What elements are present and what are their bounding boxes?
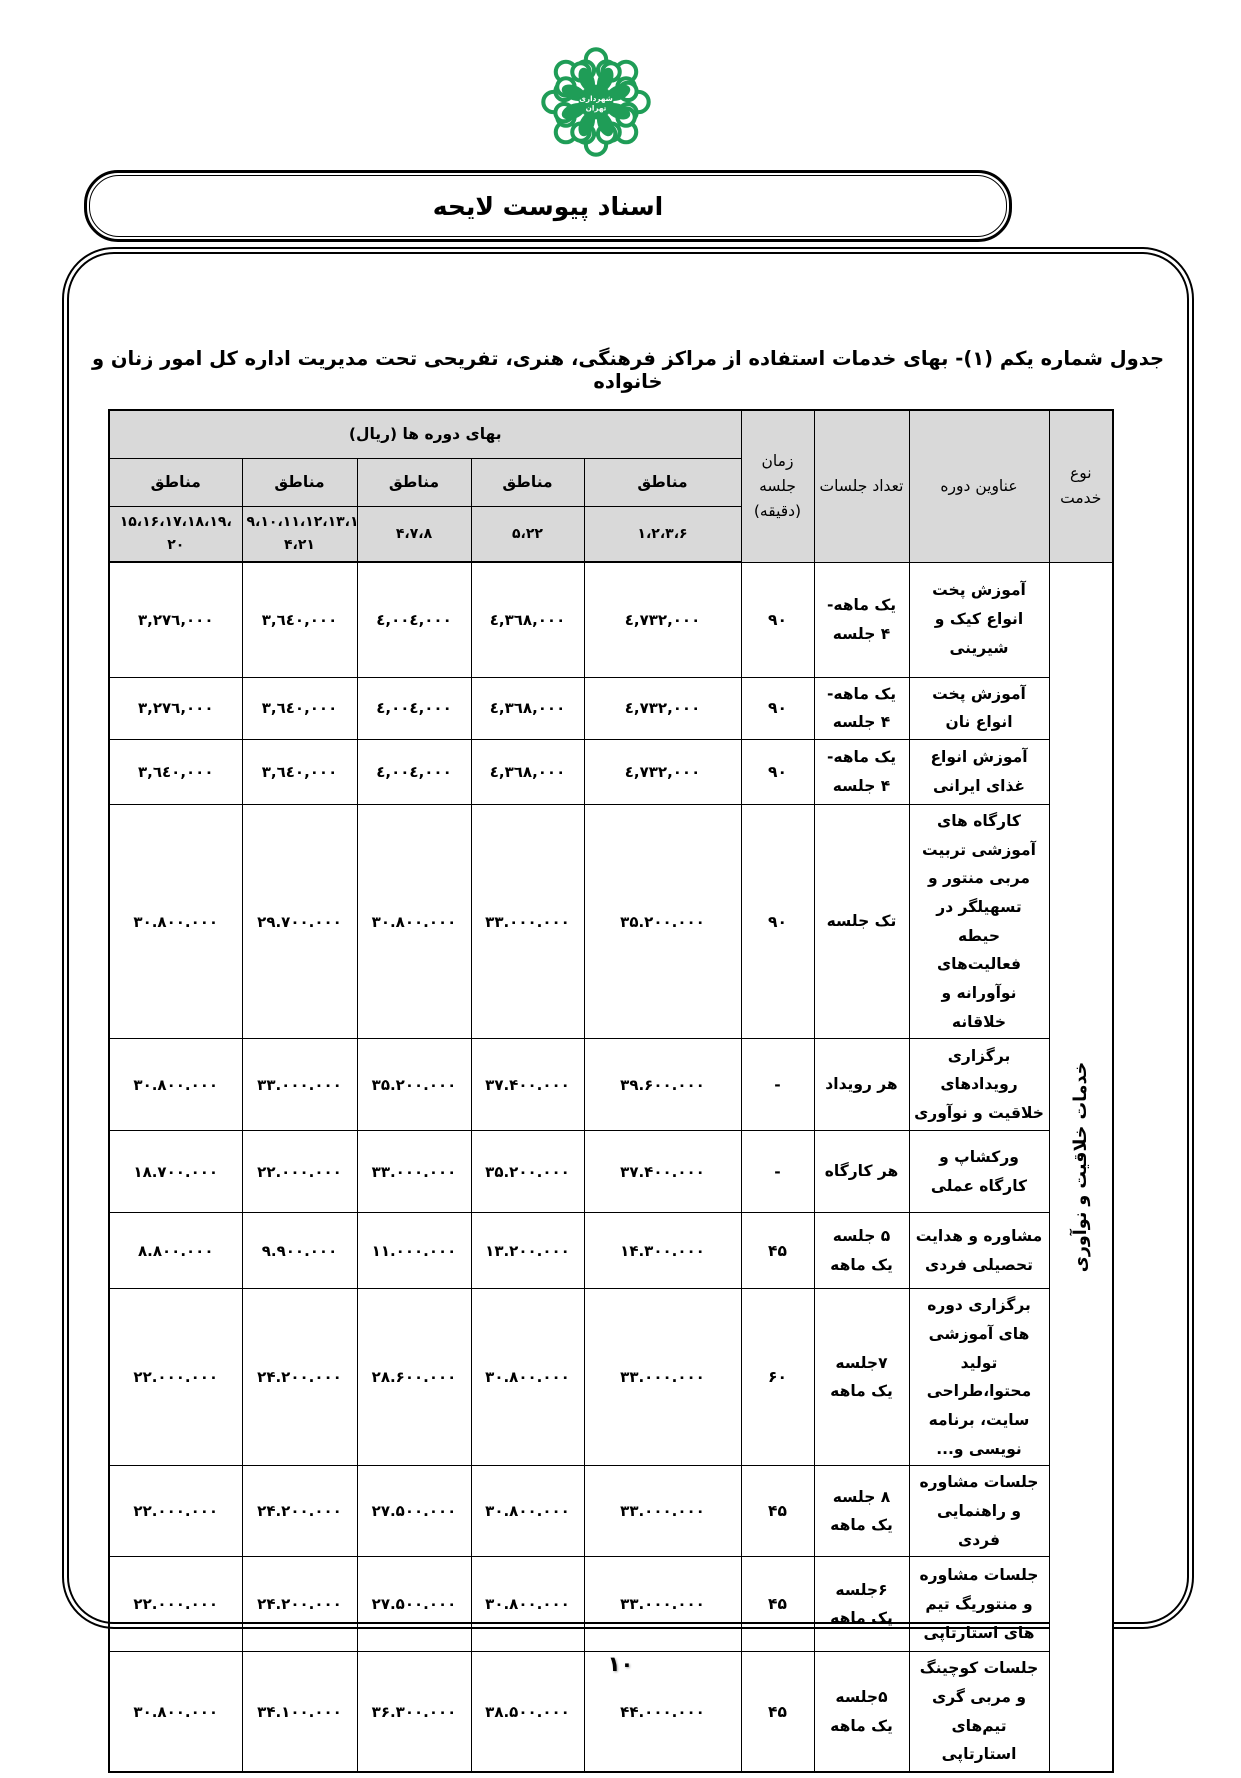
- price-cell: ٤,٣٦٨,٠٠٠: [471, 739, 584, 804]
- duration-cell: ۴۵: [741, 1557, 814, 1652]
- price-cell: ۳۹.۶۰۰.۰۰۰: [584, 1039, 741, 1131]
- price-cell: ٤,٣٦٨,٠٠٠: [471, 562, 584, 677]
- price-group-header: بهای دوره ها (ریال): [109, 410, 741, 458]
- tehran-municipality-logo-icon: شهرداری تهران: [538, 44, 654, 160]
- regions-label: مناطق: [471, 458, 584, 506]
- table-frame: جدول شماره یکم (۱)- بهای خدمات استفاده ا…: [62, 247, 1194, 1629]
- duration-cell: ۹۰: [741, 804, 814, 1038]
- price-cell: ۳۳.۰۰۰.۰۰۰: [584, 1289, 741, 1466]
- sessions-cell: یک ماهه-۴ جلسه: [814, 562, 909, 677]
- regions-label: مناطق: [584, 458, 741, 506]
- price-cell: ۲۴.۲۰۰.۰۰۰: [242, 1289, 357, 1466]
- price-cell: ٤,٠٠٤,٠٠٠: [357, 739, 471, 804]
- price-cell: ۲۲.۰۰۰.۰۰۰: [109, 1557, 242, 1652]
- price-cell: ۹.۹۰۰.۰۰۰: [242, 1213, 357, 1289]
- table-row: ورکشاپ و کارگاه عملی هر کارگاه - ۳۷.۴۰۰.…: [109, 1131, 1113, 1213]
- price-cell: ۳۳.۰۰۰.۰۰۰: [584, 1557, 741, 1652]
- price-cell: ۳۵.۲۰۰.۰۰۰: [584, 804, 741, 1038]
- course-title-cell: آموزش انواع غذای ایرانی: [909, 739, 1049, 804]
- price-cell: ۳۳.۰۰۰.۰۰۰: [357, 1131, 471, 1213]
- sessions-cell: ۶جلسهیک ماهه: [814, 1557, 909, 1652]
- price-cell: ٣,٦٤٠,٠٠٠: [242, 562, 357, 677]
- duration-cell: ۴۵: [741, 1466, 814, 1557]
- course-title-cell: آموزش پخت انواع کیک و شیرینی: [909, 562, 1049, 677]
- price-cell: ۸.۸۰۰.۰۰۰: [109, 1213, 242, 1289]
- sessions-cell: ۵ جلسهیک ماهه: [814, 1213, 909, 1289]
- regions-group-15-20: ۱۵،۱۶،۱۷،۱۸،۱۹،۲۰: [109, 506, 242, 562]
- table-row: جلسات مشاوره و منتوریگ تیم های استارتاپی…: [109, 1557, 1113, 1652]
- price-cell: ۳۰.۸۰۰.۰۰۰: [109, 1039, 242, 1131]
- price-cell: ٣,٦٤٠,٠٠٠: [242, 677, 357, 739]
- regions-label: مناطق: [357, 458, 471, 506]
- table-row: کارگاه های آموزشی تربیت مربی منتور و تسه…: [109, 804, 1113, 1038]
- price-cell: ۳۷.۴۰۰.۰۰۰: [471, 1039, 584, 1131]
- course-title-cell: برگزاری رویدادهای خلاقیت و نوآوری: [909, 1039, 1049, 1131]
- regions-group-1-2-3-6: ۱،۲،۳،۶: [584, 506, 741, 562]
- price-cell: ۳۷.۴۰۰.۰۰۰: [584, 1131, 741, 1213]
- price-cell: ۲۷.۵۰۰.۰۰۰: [357, 1557, 471, 1652]
- price-cell: ۲۴.۲۰۰.۰۰۰: [242, 1466, 357, 1557]
- price-cell: ۲۴.۲۰۰.۰۰۰: [242, 1557, 357, 1652]
- duration-cell: ۶۰: [741, 1289, 814, 1466]
- course-title-cell: آموزش پخت انواع نان: [909, 677, 1049, 739]
- header-row-top: نوع خدمت عناوین دوره تعداد جلسات زمان جل…: [109, 410, 1113, 458]
- page-number: ۱۰: [0, 1652, 1241, 1676]
- col-header-session-count: تعداد جلسات: [814, 410, 909, 562]
- table-row: آموزش انواع غذای ایرانی یک ماهه-۴ جلسه ۹…: [109, 739, 1113, 804]
- course-title-cell: مشاوره و هدایت تحصیلی فردی: [909, 1213, 1049, 1289]
- price-cell: ٤,٧٣٢,٠٠٠: [584, 562, 741, 677]
- price-cell: ۲۲.۰۰۰.۰۰۰: [109, 1466, 242, 1557]
- price-cell: ٤,٧٣٢,٠٠٠: [584, 739, 741, 804]
- price-cell: ۱۴.۳۰۰.۰۰۰: [584, 1213, 741, 1289]
- price-cell: ۲۷.۵۰۰.۰۰۰: [357, 1466, 471, 1557]
- table-row: آموزش پخت انواع نان یک ماهه-۴ جلسه ۹۰ ٤,…: [109, 677, 1113, 739]
- course-title-cell: جلسات مشاوره و منتوریگ تیم های استارتاپی: [909, 1557, 1049, 1652]
- table-row: مشاوره و هدایت تحصیلی فردی ۵ جلسهیک ماهه…: [109, 1213, 1113, 1289]
- table-row: خدمات خلاقیت و نوآوری آموزش پخت انواع کی…: [109, 562, 1113, 677]
- sessions-cell: یک ماهه-۴ جلسه: [814, 677, 909, 739]
- document-header-banner: اسناد پیوست لایحه: [84, 170, 1012, 242]
- service-category-cell: خدمات خلاقیت و نوآوری: [1049, 562, 1113, 1772]
- sessions-cell: تک جلسه: [814, 804, 909, 1038]
- price-cell: ۳۳.۰۰۰.۰۰۰: [471, 804, 584, 1038]
- price-cell: ٤,٠٠٤,٠٠٠: [357, 562, 471, 677]
- regions-group-9-14-21: ۹،۱۰،۱۱،۱۲،۱۳،۱۴،۲۱: [242, 506, 357, 562]
- sessions-cell: ۷جلسهیک ماهه: [814, 1289, 909, 1466]
- price-cell: ۳۰.۸۰۰.۰۰۰: [471, 1289, 584, 1466]
- price-cell: ٣,٦٤٠,٠٠٠: [109, 739, 242, 804]
- regions-group-4-7-8: ۴،۷،۸: [357, 506, 471, 562]
- price-cell: ۳۰.۸۰۰.۰۰۰: [357, 804, 471, 1038]
- price-cell: ۳۰.۸۰۰.۰۰۰: [109, 804, 242, 1038]
- sessions-cell: ۸ جلسهیک ماهه: [814, 1466, 909, 1557]
- regions-group-5-22: ۵،۲۲: [471, 506, 584, 562]
- table-title: جدول شماره یکم (۱)- بهای خدمات استفاده ا…: [64, 347, 1192, 393]
- course-title-cell: جلسات مشاوره و راهنمایی فردی: [909, 1466, 1049, 1557]
- price-cell: ۱۳.۲۰۰.۰۰۰: [471, 1213, 584, 1289]
- price-cell: ۱۱.۰۰۰.۰۰۰: [357, 1213, 471, 1289]
- col-header-service-type: نوع خدمت: [1049, 410, 1113, 562]
- price-cell: ۳۵.۲۰۰.۰۰۰: [357, 1039, 471, 1131]
- banner-title: اسناد پیوست لایحه: [433, 192, 663, 221]
- price-cell: ۳۳.۰۰۰.۰۰۰: [242, 1039, 357, 1131]
- service-category-label: خدمات خلاقیت و نوآوری: [1071, 1062, 1091, 1272]
- duration-cell: ۹۰: [741, 739, 814, 804]
- price-cell: ۲۲.۰۰۰.۰۰۰: [242, 1131, 357, 1213]
- price-cell: ۲۸.۶۰۰.۰۰۰: [357, 1289, 471, 1466]
- price-cell: ۳۳.۰۰۰.۰۰۰: [584, 1466, 741, 1557]
- price-cell: ۲۹.۷۰۰.۰۰۰: [242, 804, 357, 1038]
- duration-cell: -: [741, 1039, 814, 1131]
- sessions-cell: هر رویداد: [814, 1039, 909, 1131]
- price-cell: ۲۲.۰۰۰.۰۰۰: [109, 1289, 242, 1466]
- regions-label: مناطق: [242, 458, 357, 506]
- services-price-table: نوع خدمت عناوین دوره تعداد جلسات زمان جل…: [108, 409, 1114, 1773]
- price-cell: ۳۰.۸۰۰.۰۰۰: [471, 1466, 584, 1557]
- table-row: جلسات مشاوره و راهنمایی فردی ۸ جلسهیک ما…: [109, 1466, 1113, 1557]
- sessions-cell: هر کارگاه: [814, 1131, 909, 1213]
- logo-calligraphy-line2: تهران: [586, 104, 607, 113]
- duration-cell: -: [741, 1131, 814, 1213]
- duration-cell: ۴۵: [741, 1213, 814, 1289]
- sessions-cell: یک ماهه-۴ جلسه: [814, 739, 909, 804]
- regions-label: مناطق: [109, 458, 242, 506]
- duration-cell: ۹۰: [741, 677, 814, 739]
- course-title-cell: برگزاری دوره های آموزشی تولید محتوا،طراح…: [909, 1289, 1049, 1466]
- document-page: شهرداری تهران اسناد پیوست لایحه جدول شما…: [0, 0, 1241, 1778]
- table-row: برگزاری دوره های آموزشی تولید محتوا،طراح…: [109, 1289, 1113, 1466]
- price-cell: ٤,٣٦٨,٠٠٠: [471, 677, 584, 739]
- table-row: برگزاری رویدادهای خلاقیت و نوآوری هر روی…: [109, 1039, 1113, 1131]
- duration-cell: ۹۰: [741, 562, 814, 677]
- col-header-course-titles: عناوین دوره: [909, 410, 1049, 562]
- price-cell: ٤,٧٣٢,٠٠٠: [584, 677, 741, 739]
- price-cell: ۳۵.۲۰۰.۰۰۰: [471, 1131, 584, 1213]
- course-title-cell: ورکشاپ و کارگاه عملی: [909, 1131, 1049, 1213]
- course-title-cell: کارگاه های آموزشی تربیت مربی منتور و تسه…: [909, 804, 1049, 1038]
- col-header-session-time: زمان جلسه (دقیقه): [741, 410, 814, 562]
- price-cell: ٣,٦٤٠,٠٠٠: [242, 739, 357, 804]
- logo-calligraphy-line1: شهرداری: [579, 94, 612, 103]
- price-cell: ٤,٠٠٤,٠٠٠: [357, 677, 471, 739]
- price-cell: ۳۰.۸۰۰.۰۰۰: [471, 1557, 584, 1652]
- price-cell: ٣,٢٧٦,٠٠٠: [109, 562, 242, 677]
- price-cell: ۱۸.۷۰۰.۰۰۰: [109, 1131, 242, 1213]
- price-cell: ٣,٢٧٦,٠٠٠: [109, 677, 242, 739]
